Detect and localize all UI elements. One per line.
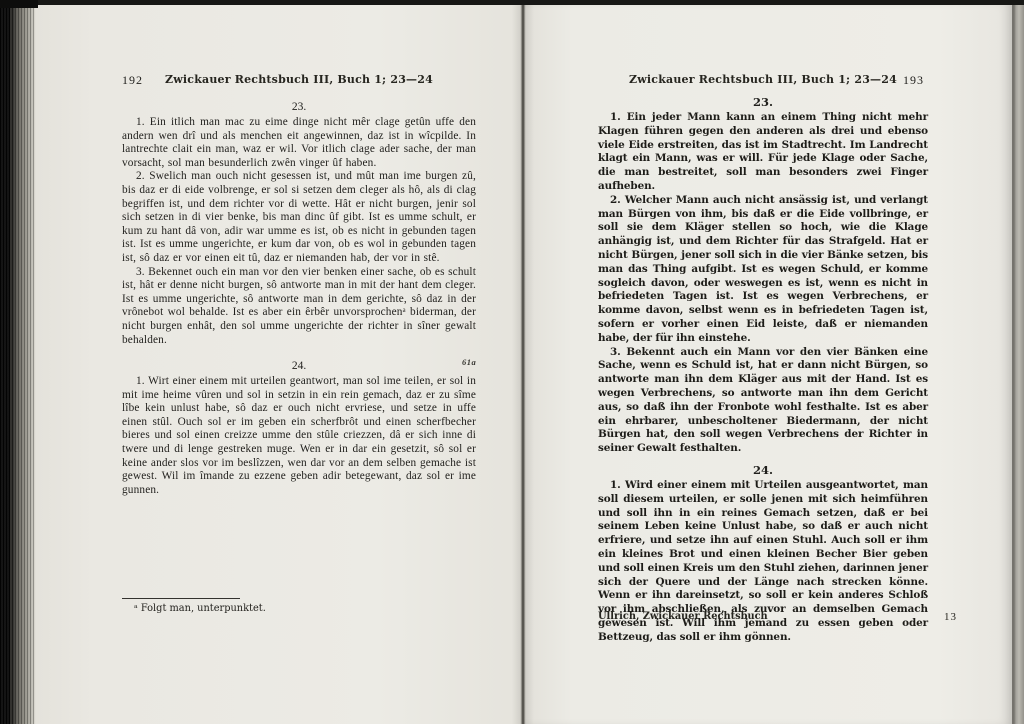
footnote-separator-rule <box>122 598 240 599</box>
left-page: 192 Zwickauer Rechtsbuch III, Buch 1; 23… <box>36 5 523 724</box>
left-sec23-paragraph-1: 1. Ein itlich man mac zu eime dinge nich… <box>122 116 476 170</box>
book-scan: 192 Zwickauer Rechtsbuch III, Buch 1; 23… <box>0 0 1024 724</box>
right-sec23-paragraph-1: 1. Ein jeder Mann kann an einem Thing ni… <box>598 111 928 194</box>
scan-top-left-corner <box>0 0 38 8</box>
left-page-number: 192 <box>122 73 143 88</box>
book-page-edges-left <box>0 0 36 724</box>
footer-sheet-number: 13 <box>944 611 957 623</box>
left-sec23-paragraph-3: 3. Bekennet ouch ein man vor den vier be… <box>122 266 476 348</box>
right-page-header: Zwickauer Rechtsbuch III, Buch 1; 23—24 … <box>598 73 928 88</box>
left-page-text-block: 192 Zwickauer Rechtsbuch III, Buch 1; 23… <box>122 73 476 497</box>
right-page: Zwickauer Rechtsbuch III, Buch 1; 23—24 … <box>523 5 1012 724</box>
section-23-heading-right: 23. <box>598 95 928 109</box>
left-running-header: Zwickauer Rechtsbuch III, Buch 1; 23—24 <box>122 73 476 86</box>
section-23-heading-left: 23. <box>122 101 476 113</box>
left-sec23-paragraph-2: 2. Swelich man ouch nicht gesessen ist, … <box>122 170 476 265</box>
footer-signature: Ullrich, Zwickauer Rechtsbuch <box>598 611 768 622</box>
folio-margin-note: 61a <box>462 357 476 367</box>
right-page-footer: Ullrich, Zwickauer Rechtsbuch 13 <box>598 611 928 625</box>
left-sec24-paragraph-1: 1. Wirt einer einem mit urteilen geantwo… <box>122 375 476 497</box>
scan-top-edge <box>0 0 1024 5</box>
section-24-heading-left: 24. <box>122 360 476 372</box>
right-sec23-paragraph-3: 3. Bekennt auch ein Mann vor den vier Bä… <box>598 346 928 456</box>
left-page-header: 192 Zwickauer Rechtsbuch III, Buch 1; 23… <box>122 73 476 88</box>
footnote-text: ᵃ Folgt man, unterpunktet. <box>122 603 476 615</box>
right-page-text-block: Zwickauer Rechtsbuch III, Buch 1; 23—24 … <box>598 73 928 644</box>
right-page-number: 193 <box>903 73 924 88</box>
left-footnote-area: ᵃ Folgt man, unterpunktet. <box>122 598 476 615</box>
right-sec23-paragraph-2: 2. Welcher Mann auch nicht ansässig ist,… <box>598 194 928 346</box>
section-24-heading-right: 24. <box>598 463 928 477</box>
book-page-edges-right <box>1012 0 1024 724</box>
binding-gutter <box>512 4 534 724</box>
right-running-header: Zwickauer Rechtsbuch III, Buch 1; 23—24 <box>598 73 928 86</box>
